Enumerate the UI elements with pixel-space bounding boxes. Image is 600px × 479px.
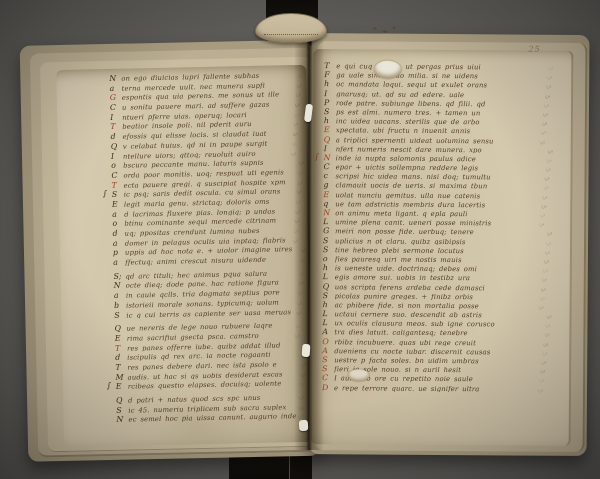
verse-text: tra dies latuit. caligantesq; tenebre — [334, 330, 545, 338]
line-end-flourish-icon: ʒ — [545, 167, 552, 172]
line-end-flourish-icon: ʒ — [538, 222, 545, 227]
verse-text: gnarusq; ut. qd su ad edere. uale — [336, 91, 546, 99]
verse-text: xpectata. ubi fructu n inuenit annis — [336, 128, 542, 136]
verse-text: meiri non posse fide. uerbuq; tenere — [335, 229, 548, 237]
verse-text: inde ia nupta salomonis paulus adice — [336, 155, 548, 163]
line-end-flourish-icon: ʒ — [543, 177, 550, 182]
verse-initial-letter: L — [323, 310, 335, 318]
verse-text: ps est almi. numero tres. + tamen un — [336, 109, 544, 117]
line-end-flourish-icon: ʒ — [543, 333, 550, 338]
verse-text: is ueneste uide. doctrinaq; debes omi — [335, 265, 544, 273]
verse-initial-letter: O — [322, 338, 334, 346]
verse-initial-letter: G — [323, 228, 335, 236]
verse-initial-letter: E — [324, 126, 336, 134]
line-end-flourish-icon: ʒ — [541, 195, 548, 200]
line-end-flourish-icon: ʒ — [541, 278, 548, 283]
open-manuscript-book: Non ego diuicias lupri fallente subhasʒa… — [0, 0, 600, 479]
verse-initial-letter: h — [323, 264, 335, 272]
verse-initial-letter: L — [323, 273, 335, 281]
verse-text: fies pauresq uiri me nostis mauis — [335, 256, 545, 264]
verse-initial-letter: L — [323, 218, 335, 226]
verse-initial-letter: A — [322, 347, 334, 355]
verse-text: e qui cuq petrus. ut pergas prius uiui — [336, 63, 549, 71]
verse-text: uestre p facta soles. bn uidim umbras — [334, 357, 542, 365]
line-end-flourish-icon: ʒ — [540, 204, 547, 209]
line-end-flourish-icon: ʒ — [542, 112, 549, 117]
manuscript-verse-line: De repe terrore quarc. ue signifer ultra… — [322, 384, 550, 395]
verse-text: picolas punire greges. + finibz orbis — [335, 293, 541, 301]
line-end-flourish-icon: ʒ — [541, 121, 548, 126]
verse-initial-letter: h — [324, 117, 336, 125]
verse-initial-letter: I — [324, 90, 336, 98]
verse-initial-letter: S — [323, 246, 335, 254]
right-page-text-column: Te qui cuq petrus. ut pergas prius uiuiʒ… — [322, 62, 552, 394]
line-end-flourish-icon: ʒ — [540, 131, 547, 136]
verse-text: epar + uictis sollempna reddere legis — [336, 164, 547, 172]
line-end-flourish-icon: ʒ — [545, 241, 552, 246]
verse-initial-letter: E — [323, 191, 335, 199]
verse-initial-letter: S — [323, 237, 335, 245]
verse-initial-letter: T — [324, 62, 336, 70]
verse-initial-letter: N — [324, 154, 336, 162]
line-end-flourish-icon: ʒ — [544, 324, 551, 329]
verse-text: ac phibere fide. si non mortalia posse — [335, 302, 540, 310]
sewing-thread — [302, 344, 311, 358]
line-end-flourish-icon: ʒ — [542, 342, 549, 347]
verse-text: uplicius n ot claru. quibz qsibipsis — [335, 238, 547, 246]
verse-initial-letter: P — [324, 99, 336, 107]
line-end-flourish-icon: ʒ — [538, 379, 545, 384]
verse-text: umine plena canit. ueneri posse ministri… — [335, 219, 540, 227]
verse-text: inc uidea uacans. sterilis que de arbo — [336, 118, 543, 126]
parchment-speck — [393, 27, 396, 29]
sewing-thread — [299, 420, 309, 431]
verse-initial-letter: L — [322, 319, 334, 327]
verse-text: e repe terrore quarc. ue signifer ultra — [334, 385, 539, 393]
spine-headband — [255, 13, 327, 43]
line-end-flourish-icon: ʒ — [546, 158, 553, 163]
verse-text: ga uale simul duo milia. si ne uidens — [336, 72, 548, 80]
line-end-flourish-icon: ʒ — [545, 85, 552, 90]
verse-initial-letter: Q — [323, 283, 335, 291]
verse-text: uctaui cernere suo. descendit ab astris — [335, 311, 548, 319]
line-end-flourish-icon: ʒ — [541, 351, 548, 356]
verse-text: ue tam adstrictis membris dura lacertis — [335, 201, 542, 209]
line-end-flourish-icon: ʒ — [546, 76, 553, 81]
photograph-backdrop: { "scene": { "description": "Photograph … — [0, 0, 600, 479]
verse-text: egis amore sui. uobis in testibz ura — [335, 275, 543, 283]
verse-initial-letter: S — [324, 108, 336, 116]
verse-text: tine hebreo plebi sermone locutus — [335, 247, 546, 255]
verse-text: rbibz incubuere. quas ubi rege creuit — [334, 339, 544, 347]
verse-text: on animu meta ligant. q epla pauli — [335, 210, 541, 218]
parchment-hole — [374, 61, 401, 79]
verse-text: ux oculis clausura meos. sub igne corusc… — [334, 320, 546, 328]
verse-initial-letter: q — [323, 200, 335, 208]
folio-number: 25 — [528, 45, 540, 54]
verse-initial-letter: N — [323, 209, 335, 217]
line-end-flourish-icon: ʒ — [540, 360, 547, 365]
parchment-speck — [374, 28, 377, 30]
verse-initial-letter: o — [323, 255, 335, 263]
verse-text: uolat nunciu gemitus. ulla nue catenis — [335, 192, 543, 200]
line-end-flourish-icon: ʒ — [538, 305, 545, 310]
line-end-flourish-icon: ʒ — [539, 296, 546, 301]
verse-initial-letter: S — [323, 292, 335, 300]
verse-initial-letter: A — [322, 329, 334, 337]
line-end-flourish-icon: ʒ — [542, 268, 549, 273]
verse-initial-letter: S — [322, 356, 334, 364]
line-end-flourish-icon: ʒ — [539, 213, 546, 218]
line-end-flourish-icon: ʒ — [542, 186, 549, 191]
line-end-flourish-icon: ʒ — [543, 259, 550, 264]
verse-text: rode patre. subiunge libens. qd filii. q… — [336, 100, 545, 108]
verse-text: a triplici spernenti uideat uolumina sen… — [336, 137, 541, 145]
verse-text: dueniens cu nocte iubar. discernit causa… — [334, 348, 543, 356]
line-end-flourish-icon: ʒ — [539, 140, 546, 145]
line-end-flourish-icon: ʒ — [540, 287, 547, 292]
line-end-flourish-icon: ʒ — [543, 103, 550, 108]
verse-text: uos scripta ferens ardeba cede damasci — [335, 284, 542, 292]
verse-text: clamauit uocis de ueris. si maxima tbun — [335, 183, 544, 191]
parchment-hole — [348, 369, 369, 381]
parchment-speck — [383, 31, 388, 33]
verse-text: nfert numeris nescit dare munera. xpo — [336, 146, 549, 154]
verse-initial-letter: c — [323, 172, 335, 180]
verse-initial-letter: h — [323, 301, 335, 309]
verse-text: oc mandata loqui. sequi ut exulet orans — [336, 82, 547, 90]
verse-initial-letter: F — [324, 71, 336, 79]
page-gutter-shadow — [294, 38, 324, 450]
line-end-flourish-icon: ʒ — [544, 250, 551, 255]
verse-initial-letter: C — [324, 163, 336, 171]
verse-initial-letter: g — [323, 182, 335, 190]
line-end-flourish-icon: ʒ — [544, 94, 551, 99]
verse-text: scripsi hic uidea mans. nisi doq; tumult… — [335, 173, 545, 181]
verse-initial-letter: h — [324, 81, 336, 89]
verse-initial-letter: Q — [324, 136, 336, 144]
line-end-flourish-icon: ʒ — [539, 369, 546, 374]
line-end-flourish-icon: ʒ — [537, 388, 544, 393]
verse-initial-letter: I — [324, 145, 336, 153]
